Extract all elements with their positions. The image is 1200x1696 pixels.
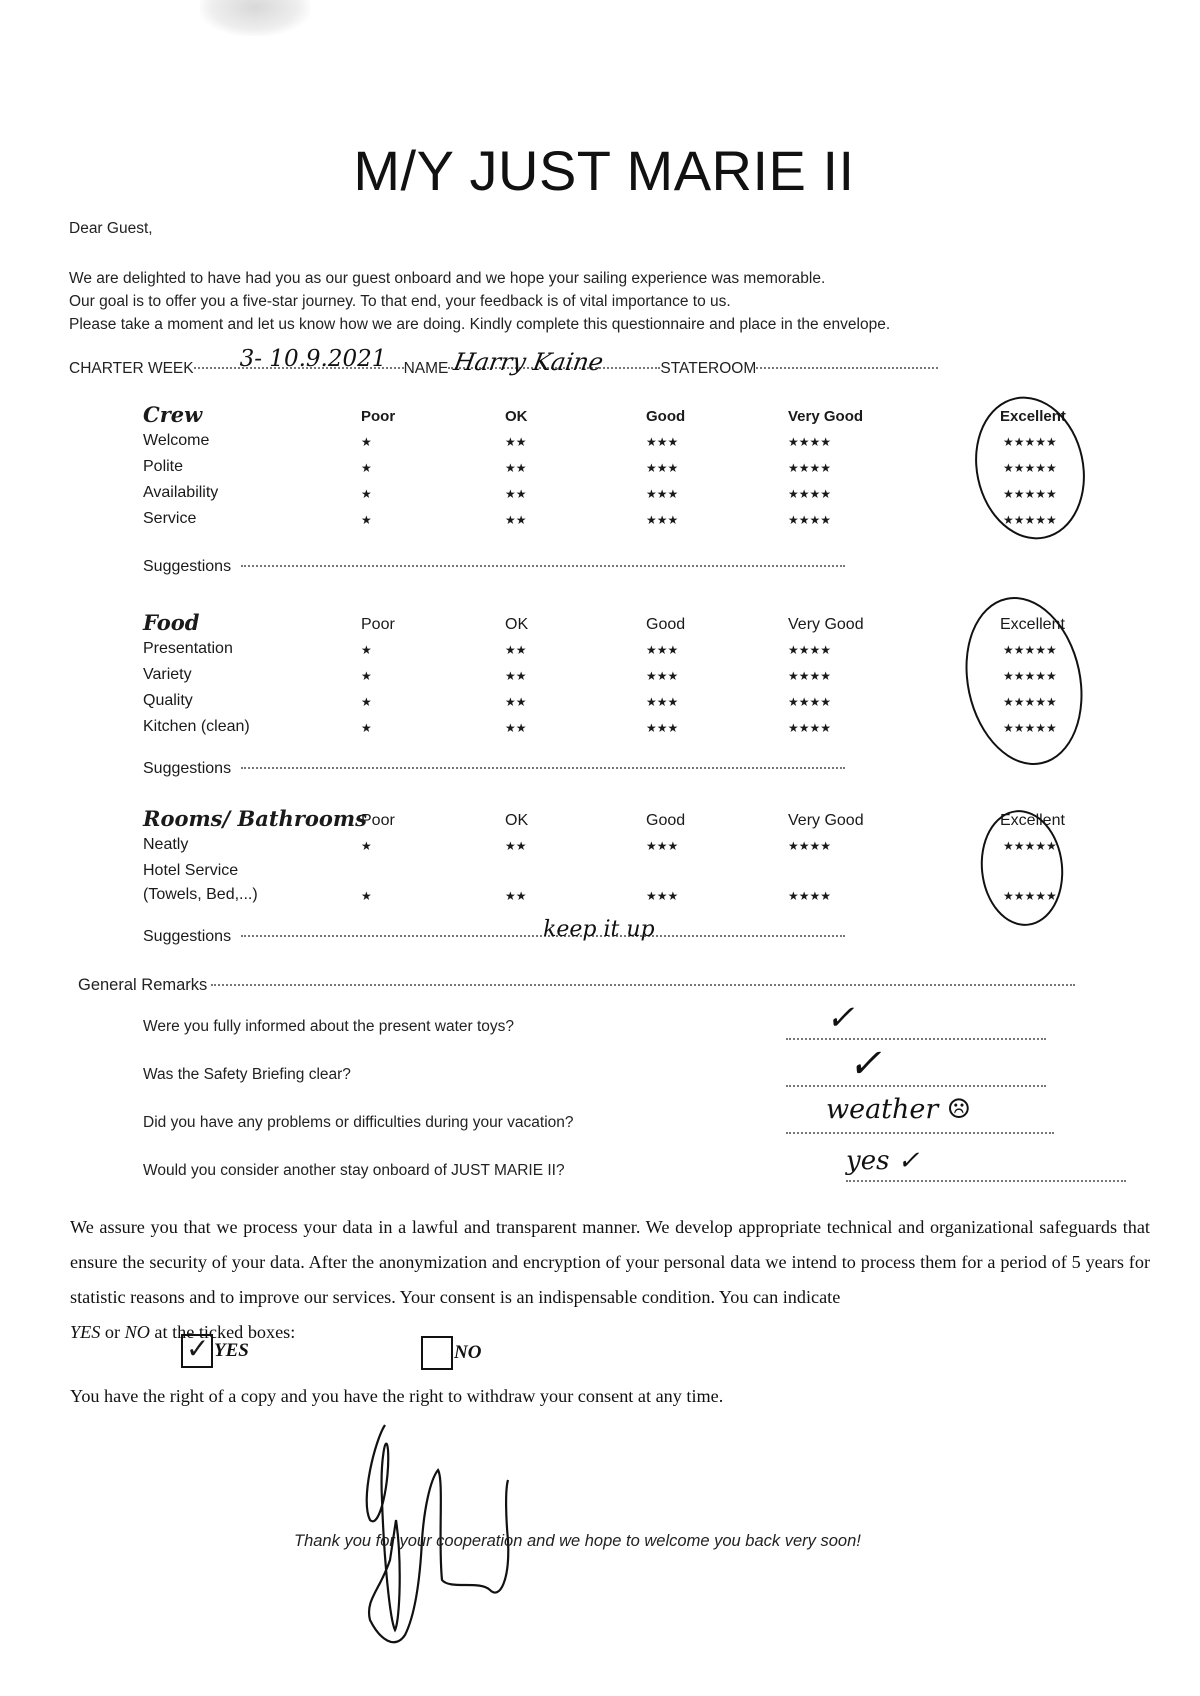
consent-yes-checkbox[interactable]: ✓ — [181, 1334, 213, 1368]
stateroom-label: STATEROOM — [660, 360, 756, 378]
crew-header-ok: OK — [505, 408, 528, 425]
rating-option-good[interactable]: ★★★ — [646, 435, 678, 449]
rating-row: Welcome ★ ★★ ★★★ ★★★★ ★★★★★ — [143, 432, 1103, 456]
rating-option-ok[interactable]: ★★ — [505, 669, 527, 683]
item-label: Service — [143, 510, 196, 528]
document-title: M/Y JUST MARIE II — [0, 138, 1200, 203]
crew-suggestions: Suggestions — [143, 558, 845, 576]
food-suggestions: Suggestions — [143, 760, 845, 778]
suggestions-value: keep it up — [543, 917, 655, 942]
item-label: Availability — [143, 484, 218, 502]
check-icon: ✓ — [848, 1041, 882, 1087]
greeting: Dear Guest, — [69, 220, 153, 238]
rooms-header-ok: OK — [505, 812, 528, 830]
rating-option-very-good[interactable]: ★★★★ — [788, 669, 831, 683]
food-header-poor: Poor — [361, 616, 395, 634]
item-label: Quality — [143, 692, 193, 710]
rating-option-good[interactable]: ★★★ — [646, 487, 678, 501]
rating-option-ok[interactable]: ★★ — [505, 513, 527, 527]
rating-option-poor[interactable]: ★ — [361, 435, 372, 449]
consent-no-label: NO — [454, 1342, 481, 1364]
rating-option-very-good[interactable]: ★★★★ — [788, 721, 831, 735]
question-problems: Did you have any problems or difficultie… — [143, 1114, 574, 1132]
rating-row: Service ★ ★★ ★★★ ★★★★ ★★★★★ — [143, 510, 1103, 534]
question-safety-briefing: Was the Safety Briefing clear? — [143, 1066, 351, 1084]
rating-row: Availability ★ ★★ ★★★ ★★★★ ★★★★★ — [143, 484, 1103, 508]
rating-option-poor[interactable]: ★ — [361, 889, 372, 903]
general-remarks-label: General Remarks — [78, 976, 207, 995]
rating-row: Presentation ★ ★★ ★★★ ★★★★ ★★★★★ — [143, 640, 1103, 664]
rating-option-ok[interactable]: ★★ — [505, 889, 527, 903]
name-value: Harry Kaine — [452, 348, 606, 376]
rooms-header-very-good: Very Good — [788, 812, 864, 830]
crew-title: Crew — [143, 402, 202, 427]
charter-week-label: CHARTER WEEK — [69, 360, 194, 378]
item-label: Presentation — [143, 640, 233, 658]
rating-row: Variety ★ ★★ ★★★ ★★★★ ★★★★★ — [143, 666, 1103, 690]
rooms-suggestions: Suggestions keep it up — [143, 928, 845, 946]
crew-header-very-good: Very Good — [788, 408, 863, 425]
answer-problems-value: weather ☹ — [826, 1094, 971, 1125]
rating-option-good[interactable]: ★★★ — [646, 839, 678, 853]
name-label: NAME — [404, 360, 449, 378]
rating-option-good[interactable]: ★★★ — [646, 643, 678, 657]
item-label: Welcome — [143, 432, 209, 450]
data-consent-paragraph: We assure you that we process your data … — [70, 1210, 1150, 1350]
rating-option-very-good[interactable]: ★★★★ — [788, 435, 831, 449]
item-label: Neatly — [143, 836, 188, 854]
excellent-circle-mark — [951, 586, 1098, 776]
closing-message: Thank you for your cooperation and we ho… — [294, 1532, 861, 1551]
suggestions-label: Suggestions — [143, 760, 231, 778]
rating-option-very-good[interactable]: ★★★★ — [788, 487, 831, 501]
rooms-header-good: Good — [646, 812, 685, 830]
intro-line: Please take a moment and let us know how… — [69, 313, 890, 336]
rating-option-poor[interactable]: ★ — [361, 461, 372, 475]
charter-week-field[interactable]: 3- 10.9.2021 — [194, 360, 404, 378]
question-water-toys: Were you fully informed about the presen… — [143, 1018, 514, 1036]
rating-option-ok[interactable]: ★★ — [505, 643, 527, 657]
yes-word: YES — [70, 1322, 100, 1342]
rating-row: Kitchen (clean) ★ ★★ ★★★ ★★★★ ★★★★★ — [143, 718, 1103, 742]
question-another-stay: Would you consider another stay onboard … — [143, 1162, 565, 1180]
or-word: or — [100, 1322, 124, 1342]
food-header-ok: OK — [505, 616, 528, 634]
rating-row: Quality ★ ★★ ★★★ ★★★★ ★★★★★ — [143, 692, 1103, 716]
rating-option-ok[interactable]: ★★ — [505, 695, 527, 709]
rating-option-good[interactable]: ★★★ — [646, 889, 678, 903]
rating-option-poor[interactable]: ★ — [361, 669, 372, 683]
rating-option-good[interactable]: ★★★ — [646, 669, 678, 683]
rating-option-very-good[interactable]: ★★★★ — [788, 643, 831, 657]
food-suggestions-field[interactable] — [241, 760, 845, 778]
rating-option-good[interactable]: ★★★ — [646, 695, 678, 709]
rating-option-good[interactable]: ★★★ — [646, 513, 678, 527]
rating-option-poor[interactable]: ★ — [361, 643, 372, 657]
no-word: NO — [125, 1322, 150, 1342]
food-title: Food — [143, 610, 199, 635]
check-icon: ✓ — [186, 1332, 209, 1365]
rating-option-very-good[interactable]: ★★★★ — [788, 695, 831, 709]
rating-option-poor[interactable]: ★ — [361, 721, 372, 735]
rating-option-very-good[interactable]: ★★★★ — [788, 889, 831, 903]
crew-header-good: Good — [646, 408, 685, 425]
rating-option-poor[interactable]: ★ — [361, 487, 372, 501]
answer-another-stay-value: yes ✓ — [846, 1146, 919, 1176]
rating-option-very-good[interactable]: ★★★★ — [788, 513, 831, 527]
general-remarks: General Remarks — [78, 976, 1075, 995]
rooms-suggestions-field[interactable]: keep it up — [241, 928, 845, 946]
rating-row: (Towels, Bed,...) ★ ★★ ★★★ ★★★★ ★★★★★ — [143, 886, 1103, 910]
intro-line: Our goal is to offer you a five-star jou… — [69, 290, 890, 313]
rating-option-good[interactable]: ★★★ — [646, 461, 678, 475]
rating-option-poor[interactable]: ★ — [361, 695, 372, 709]
food-header-very-good: Very Good — [788, 616, 864, 634]
consent-yes-label: YES — [214, 1340, 249, 1362]
item-label: Variety — [143, 666, 192, 684]
scan-smudge — [200, 0, 310, 36]
name-field[interactable]: Harry Kaine — [448, 360, 660, 378]
rating-option-very-good[interactable]: ★★★★ — [788, 461, 831, 475]
rating-option-very-good[interactable]: ★★★★ — [788, 839, 831, 853]
rating-option-ok[interactable]: ★★ — [505, 721, 527, 735]
rating-option-poor[interactable]: ★ — [361, 839, 372, 853]
rating-option-ok[interactable]: ★★ — [505, 839, 527, 853]
check-icon: ✓ — [826, 998, 855, 1038]
rating-option-poor[interactable]: ★ — [361, 513, 372, 527]
rating-option-ok[interactable]: ★★ — [505, 487, 527, 501]
stateroom-field[interactable] — [756, 360, 938, 378]
suggestions-label: Suggestions — [143, 558, 231, 576]
consent-tail: at the ticked boxes: — [150, 1322, 295, 1342]
rating-row-label: Hotel Service — [143, 862, 1103, 886]
consent-no-checkbox[interactable] — [421, 1336, 453, 1370]
guest-info-line: CHARTER WEEK 3- 10.9.2021 NAME Harry Kai… — [69, 360, 938, 378]
consent-text: We assure you that we process your data … — [70, 1217, 1150, 1307]
rating-row: Polite ★ ★★ ★★★ ★★★★ ★★★★★ — [143, 458, 1103, 482]
rating-row: Neatly ★ ★★ ★★★ ★★★★ ★★★★★ — [143, 836, 1103, 860]
rating-option-good[interactable]: ★★★ — [646, 721, 678, 735]
food-header-good: Good — [646, 616, 685, 634]
item-label: Polite — [143, 458, 183, 476]
rooms-header-poor: Poor — [361, 812, 395, 830]
consent-rights: You have the right of a copy and you hav… — [70, 1386, 723, 1407]
item-label: Kitchen (clean) — [143, 718, 250, 736]
intro-paragraph: We are delighted to have had you as our … — [69, 267, 890, 336]
rating-option-ok[interactable]: ★★ — [505, 435, 527, 449]
crew-header-poor: Poor — [361, 408, 395, 425]
general-remarks-field[interactable] — [211, 976, 1075, 995]
item-label: Hotel Service — [143, 862, 238, 880]
intro-line: We are delighted to have had you as our … — [69, 267, 890, 290]
rating-option-ok[interactable]: ★★ — [505, 461, 527, 475]
charter-week-value: 3- 10.9.2021 — [240, 346, 387, 372]
rooms-title: Rooms/ Bathrooms — [143, 806, 367, 831]
suggestions-label: Suggestions — [143, 928, 231, 946]
crew-suggestions-field[interactable] — [241, 558, 845, 576]
item-label-detail: (Towels, Bed,...) — [143, 886, 258, 904]
